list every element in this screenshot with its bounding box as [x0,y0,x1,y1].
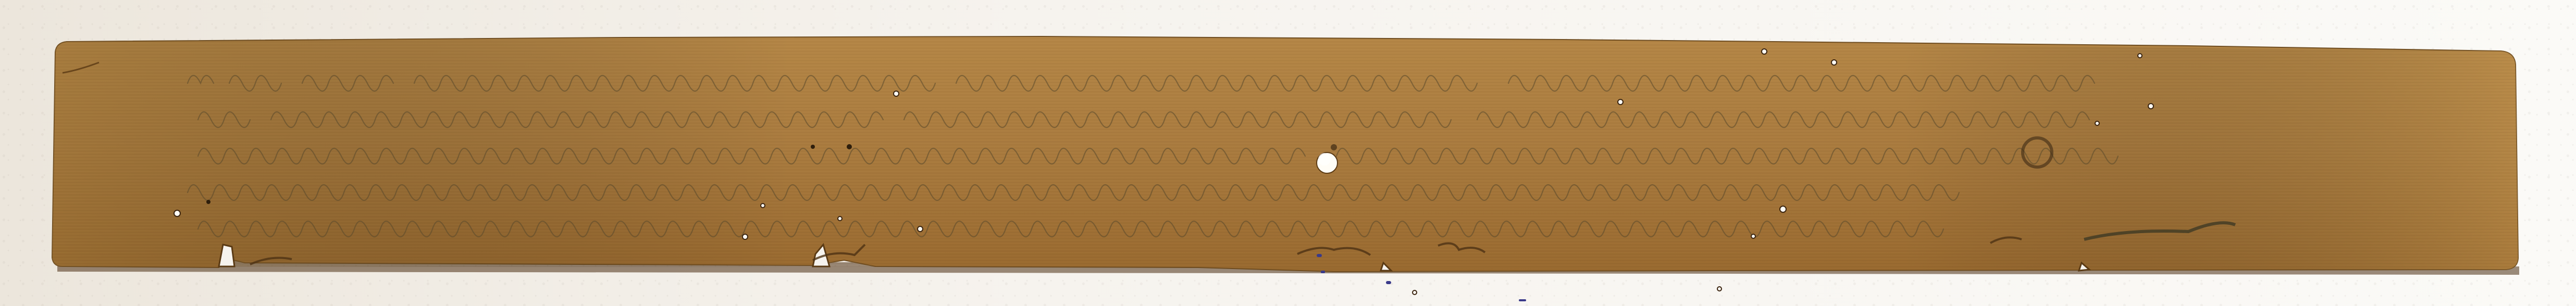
palm-leaf-manuscript [0,0,2576,306]
